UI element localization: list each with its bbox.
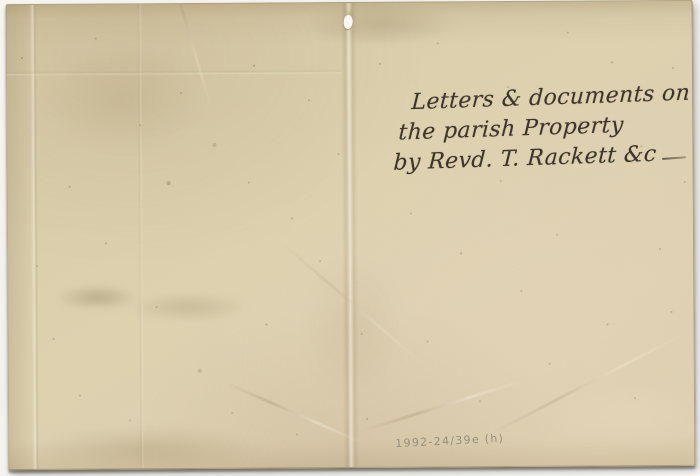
paper-stain (307, 2, 457, 45)
paper-stain (128, 292, 248, 323)
photo-background: Letters & documents on the parish Proper… (0, 0, 700, 476)
handwritten-inscription: Letters & documents on the parish Proper… (384, 79, 687, 179)
paper-stain (56, 284, 138, 311)
fold-crease-center (341, 3, 360, 467)
fold-crease-horizontal (7, 69, 342, 76)
foxing-speckles (7, 5, 9, 7)
paper-stain (37, 44, 208, 155)
ink-flourish (662, 156, 686, 160)
catalog-number: 1992-24/39e (h) (395, 432, 504, 450)
document-paper: Letters & documents on the parish Proper… (6, 0, 696, 470)
